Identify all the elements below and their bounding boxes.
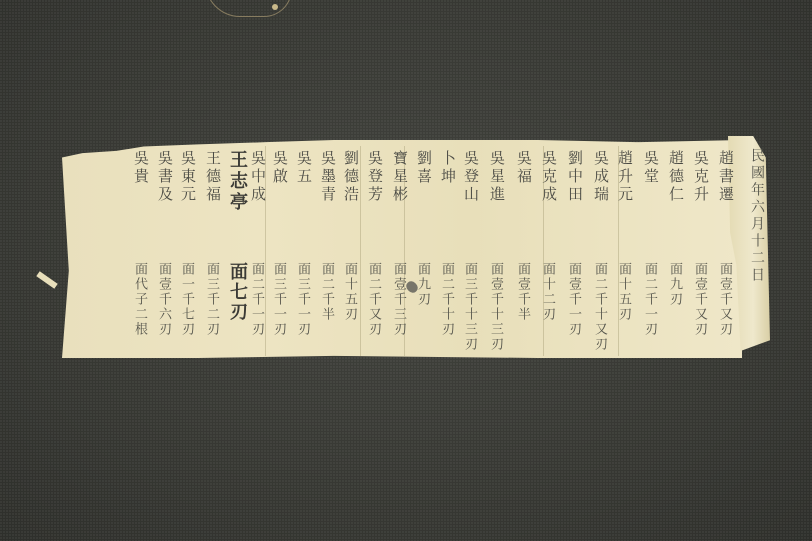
entry-name: 寶星彬	[392, 150, 407, 204]
entry-name: 吳墨青	[320, 150, 335, 204]
document-header: 民國年六月十二日	[750, 148, 764, 284]
entry-amount: 面三千十三刃	[463, 262, 476, 352]
entry-amount: 面三千一刃	[272, 262, 285, 337]
entry-name: 吳啟	[272, 150, 287, 186]
entry-amount: 面十二刃	[541, 262, 554, 322]
entry-amount: 面十五刃	[343, 262, 356, 322]
glasses	[205, 0, 292, 17]
entry-name: 吳克成	[541, 150, 556, 204]
entry-name: 吳成瑞	[593, 150, 608, 204]
entry-amount: 面壹千三刃	[392, 262, 405, 337]
glasses-hinge	[272, 4, 278, 10]
entry-name: 吳星進	[489, 150, 504, 204]
entry-name: 劉中田	[567, 150, 582, 204]
entry-amount: 面壹千又刃	[693, 262, 706, 337]
entry-name: 吳堂	[643, 150, 658, 186]
entry-amount: 面七刃	[228, 262, 246, 322]
entry-name: 卜坤	[440, 150, 455, 186]
entry-amount: 面二千半	[320, 262, 333, 322]
entry-name: 吳克升	[693, 150, 708, 204]
entry-name: 吳貴	[133, 150, 148, 186]
entry-name: 王志亭	[228, 150, 246, 213]
entry-amount: 面代子二根	[133, 262, 146, 337]
fold-line	[360, 146, 361, 356]
entry-amount: 面二千又刃	[367, 262, 380, 337]
entry-amount: 面壹千十三刃	[489, 262, 502, 352]
entry-name: 吳書及	[157, 150, 172, 204]
entry-name: 吳中成	[250, 150, 265, 204]
entry-name: 王德福	[205, 150, 220, 204]
entry-amount: 面九刃	[416, 262, 429, 307]
entry-name: 劉喜	[416, 150, 431, 186]
entry-amount: 面壹千一刃	[567, 262, 580, 337]
entry-amount: 面十五刃	[617, 262, 630, 322]
entry-amount: 面一千七刃	[180, 262, 193, 337]
entry-amount: 面三千二刃	[205, 262, 218, 337]
entry-amount: 面二千十刃	[440, 262, 453, 337]
entry-amount: 面二千一刃	[643, 262, 656, 337]
entry-name: 趙升元	[617, 150, 632, 204]
entry-amount: 面二千一刃	[250, 262, 263, 337]
entry-name: 吳五	[296, 150, 311, 186]
entry-amount: 面九刃	[668, 262, 681, 307]
entry-name: 吳登山	[463, 150, 478, 204]
entry-name: 吳福	[516, 150, 531, 186]
entry-name: 吳登芳	[367, 150, 382, 204]
entry-amount: 面壹千半	[516, 262, 529, 322]
entry-name: 趙德仁	[668, 150, 683, 204]
entry-amount: 面壹千又刃	[718, 262, 731, 337]
entry-name: 吳東元	[180, 150, 195, 204]
paper-tab	[36, 271, 57, 289]
entry-amount: 面壹千六刃	[157, 262, 170, 337]
entry-name: 趙書遷	[718, 150, 733, 204]
entry-amount: 面三千一刃	[296, 262, 309, 337]
entry-amount: 面二千十又刃	[593, 262, 606, 352]
entry-name: 劉德浩	[343, 150, 358, 204]
